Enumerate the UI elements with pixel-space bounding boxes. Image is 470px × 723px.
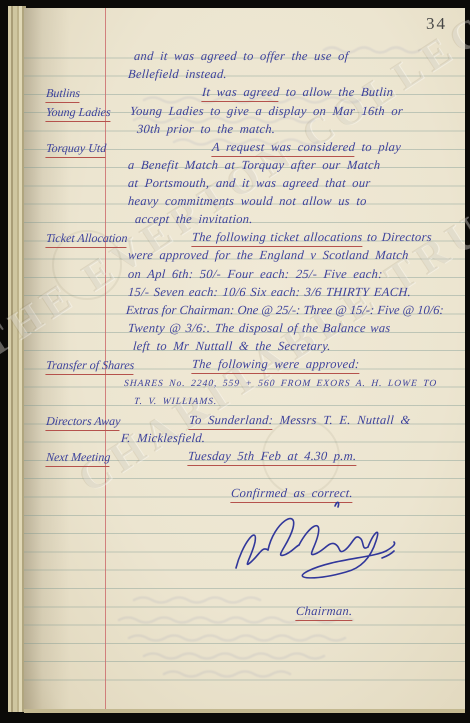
minute-line: Tuesday 5th Feb at 4.30 p.m. xyxy=(187,449,357,464)
minute-line: A request was considered to play xyxy=(211,140,401,155)
minute-line: 15/- Seven each: 10/6 Six each: 3/6 THIR… xyxy=(127,285,411,300)
minute-line: The following ticket allocations to Dire… xyxy=(191,230,432,245)
minute-line: were approved for the England v Scotland… xyxy=(127,248,409,263)
minute-line: Young Ladies to give a display on Mar 16… xyxy=(129,104,403,119)
minute-line: Bellefield instead. xyxy=(127,67,227,82)
chairman-label: Chairman. xyxy=(295,604,353,619)
minute-line: accept the invitation. xyxy=(134,212,253,227)
minute-line: heavy commitments would not allow us to xyxy=(127,194,367,209)
minute-line: Twenty @ 3/6:. The disposal of the Balan… xyxy=(127,321,391,336)
margin-heading-transfer-of-shares: Transfer of Shares xyxy=(45,358,134,375)
minute-book-photo: THE EVERTON COLLECTION CHARITABLE TRUST … xyxy=(0,0,470,723)
margin-heading-directors-away: Directors Away xyxy=(45,414,121,431)
minute-line: It was agreed to allow the Butlin xyxy=(201,85,393,100)
minute-book-page: THE EVERTON COLLECTION CHARITABLE TRUST … xyxy=(24,8,465,713)
minute-line: To Sunderland: Messrs T. E. Nuttall & xyxy=(188,413,411,428)
minute-line: T. V. WILLIAMS. xyxy=(134,397,218,407)
minute-line: The following were approved: xyxy=(191,357,360,372)
minute-line: Extras for Chairman: One @ 25/-: Three @… xyxy=(125,303,444,318)
margin-heading-ticket-allocation: Ticket Allocation xyxy=(45,231,128,248)
minute-line: on Apl 6th: 50/- Four each: 25/- Five ea… xyxy=(127,267,383,282)
minute-line: 30th prior to the match. xyxy=(136,122,275,137)
margin-heading-young-ladies: Young Ladies xyxy=(45,105,111,122)
minute-line: F. Micklesfield. xyxy=(120,431,205,446)
margin-heading-butlins: Butlins xyxy=(45,86,80,103)
minute-line: SHARES No. 2240, 559 + 560 FROM EXORS A.… xyxy=(124,379,438,389)
minute-line: a Benefit Match at Torquay after our Mat… xyxy=(127,158,381,173)
minute-line: at Portsmouth, and it was agreed that ou… xyxy=(127,176,371,191)
minute-line: left to Mr Nuttall & the Secretary. xyxy=(132,339,331,354)
margin-heading-next-meeting: Next Meeting xyxy=(45,450,111,467)
minute-line: and it was agreed to offer the use of xyxy=(133,49,349,64)
margin-heading-torquay-utd: Torquay Utd xyxy=(45,141,106,158)
chairman-signature xyxy=(214,494,399,599)
